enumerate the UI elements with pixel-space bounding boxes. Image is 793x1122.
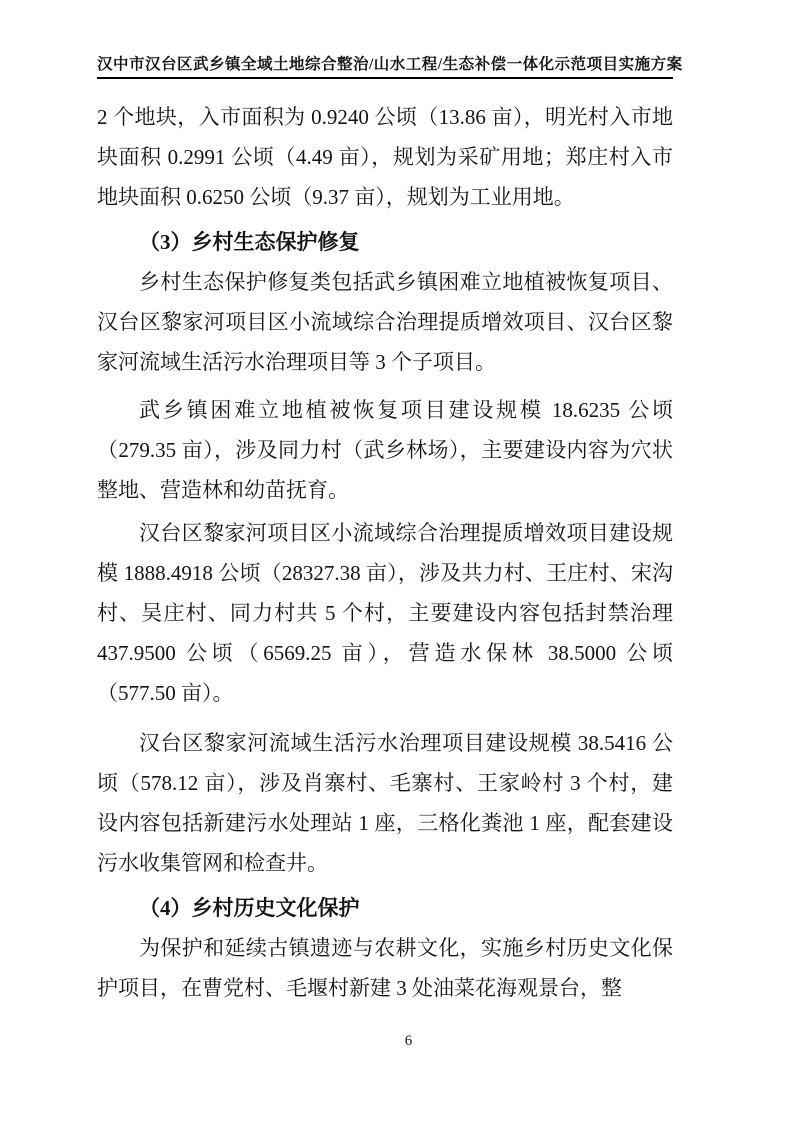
- page-header-title: 汉中市汉台区武乡镇全域土地综合整治/山水工程/生态补偿一体化示范项目实施方案: [97, 56, 683, 73]
- paragraph: 乡村生态保护修复类包括武乡镇困难立地植被恢复项目、汉台区黎家河项目区小流域综合治…: [97, 262, 673, 382]
- paragraph: 汉台区黎家河项目区小流域综合治理提质增效项目建设规模 1888.4918 公顷（…: [97, 513, 673, 713]
- page-footer: 6: [24, 1030, 793, 1052]
- section-heading: （3）乡村生态保护修复: [97, 222, 673, 262]
- paragraph: 汉台区黎家河流域生活污水治理项目建设规模 38.5416 公顷（578.12 亩…: [97, 723, 673, 883]
- paragraph: 武乡镇困难立地植被恢复项目建设规模 18.6235 公顷（279.35 亩），涉…: [97, 390, 673, 510]
- page-header: 汉中市汉台区武乡镇全域土地综合整治/山水工程/生态补偿一体化示范项目实施方案: [97, 55, 673, 79]
- section-heading: （4）乡村历史文化保护: [97, 888, 673, 928]
- paragraph: 2 个地块，入市面积为 0.9240 公顷（13.86 亩），明光村入市地块面积…: [97, 97, 673, 217]
- document-body: 2 个地块，入市面积为 0.9240 公顷（13.86 亩），明光村入市地块面积…: [97, 97, 673, 1008]
- document-page: 汉中市汉台区武乡镇全域土地综合整治/山水工程/生态补偿一体化示范项目实施方案 2…: [0, 0, 793, 1122]
- paragraph: 为保护和延续古镇遗迹与农耕文化，实施乡村历史文化保护项目，在曹党村、毛堰村新建 …: [97, 928, 673, 1008]
- page-number: 6: [405, 1033, 413, 1049]
